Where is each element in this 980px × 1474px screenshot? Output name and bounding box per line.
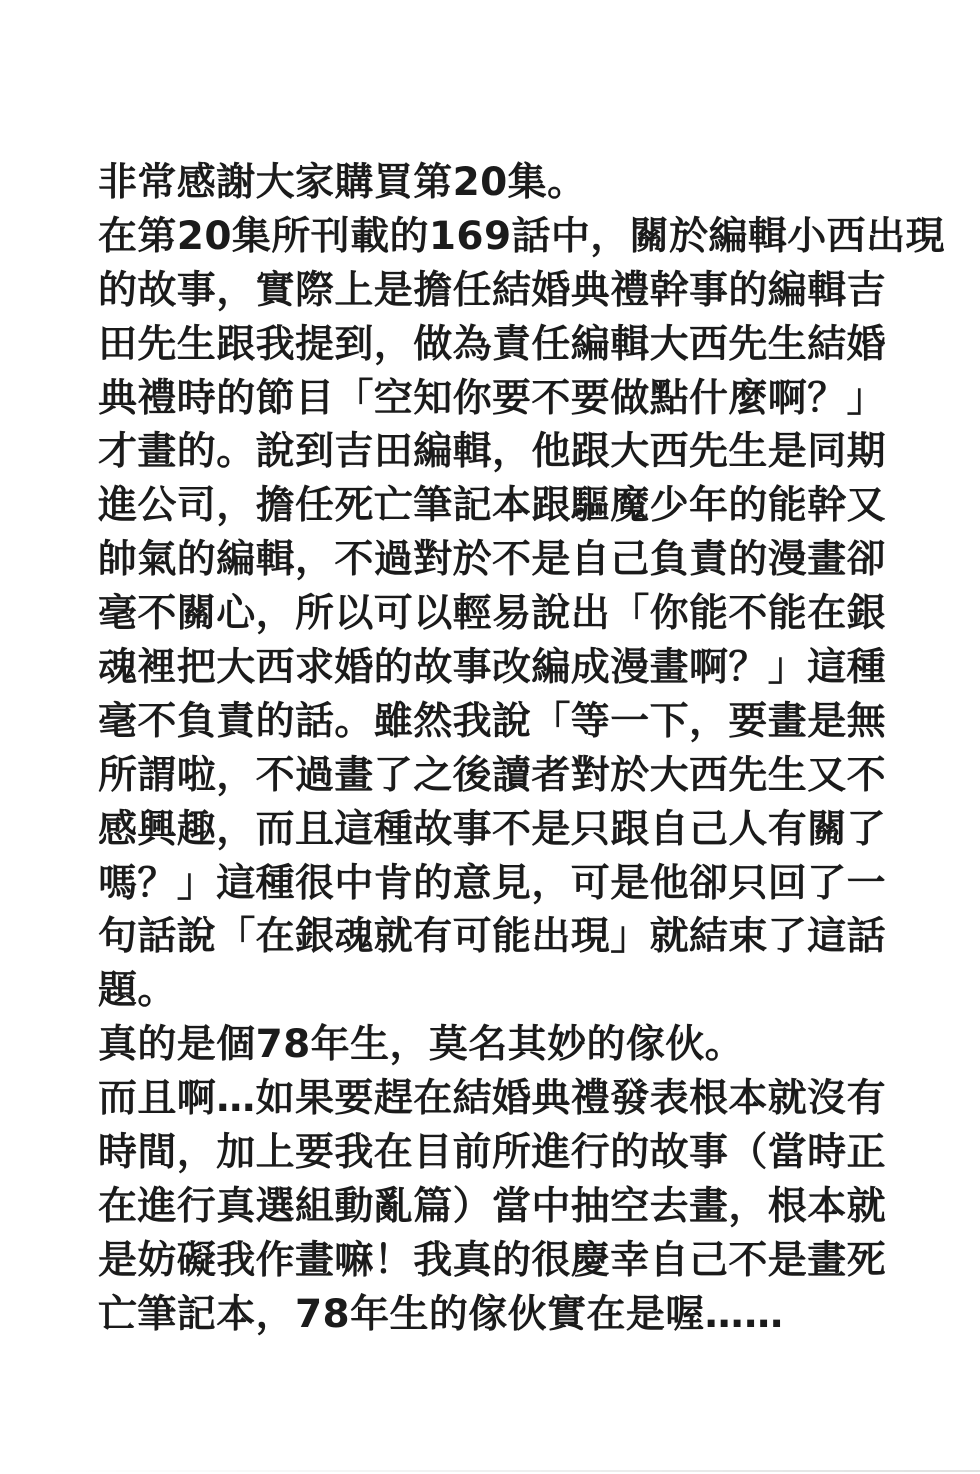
text-line: 帥氣的編輯，不過對於不是自己負責的漫畫卻	[98, 533, 898, 587]
text-line: 在第20集所刊載的169話中，關於編輯小西出現	[98, 210, 898, 264]
text-line: 進公司，擔任死亡筆記本跟驅魔少年的能幹又	[98, 479, 898, 533]
text-line: 的故事，實際上是擔任結婚典禮幹事的編輯吉	[98, 264, 898, 318]
text-line: 毫不負責的話。雖然我說「等一下，要畫是無	[98, 695, 898, 749]
text-line: 非常感謝大家購買第20集。	[98, 156, 898, 210]
text-line: 時間，加上要我在目前所進行的故事（當時正	[98, 1126, 898, 1180]
text-line: 真的是個78年生，莫名其妙的傢伙。	[98, 1018, 898, 1072]
text-line: 嗎？」這種很中肯的意見，可是他卻只回了一	[98, 857, 898, 911]
text-line: 在進行真選組動亂篇）當中抽空去畫，根本就	[98, 1180, 898, 1234]
afterword-text-block: 非常感謝大家購買第20集。在第20集所刊載的169話中，關於編輯小西出現的故事，…	[98, 156, 898, 1342]
book-page: 非常感謝大家購買第20集。在第20集所刊載的169話中，關於編輯小西出現的故事，…	[0, 0, 980, 1474]
text-line: 感興趣，而且這種故事不是只跟自己人有關了	[98, 803, 898, 857]
text-line: 題。	[98, 964, 898, 1018]
text-line: 亡筆記本，78年生的傢伙實在是喔……	[98, 1288, 898, 1342]
text-line: 而且啊…如果要趕在結婚典禮發表根本就沒有	[98, 1072, 898, 1126]
text-line: 田先生跟我提到，做為責任編輯大西先生結婚	[98, 318, 898, 372]
text-line: 才畫的。說到吉田編輯，他跟大西先生是同期	[98, 425, 898, 479]
text-line: 是妨礙我作畫嘛！我真的很慶幸自己不是畫死	[98, 1234, 898, 1288]
text-line: 所謂啦，不過畫了之後讀者對於大西先生又不	[98, 749, 898, 803]
scan-edge-artifact	[40, 1470, 980, 1472]
text-line: 魂裡把大西求婚的故事改編成漫畫啊？」這種	[98, 641, 898, 695]
text-line: 典禮時的節目「空知你要不要做點什麼啊？」	[98, 372, 898, 426]
text-line: 毫不關心，所以可以輕易說出「你能不能在銀	[98, 587, 898, 641]
text-line: 句話說「在銀魂就有可能出現」就結束了這話	[98, 910, 898, 964]
